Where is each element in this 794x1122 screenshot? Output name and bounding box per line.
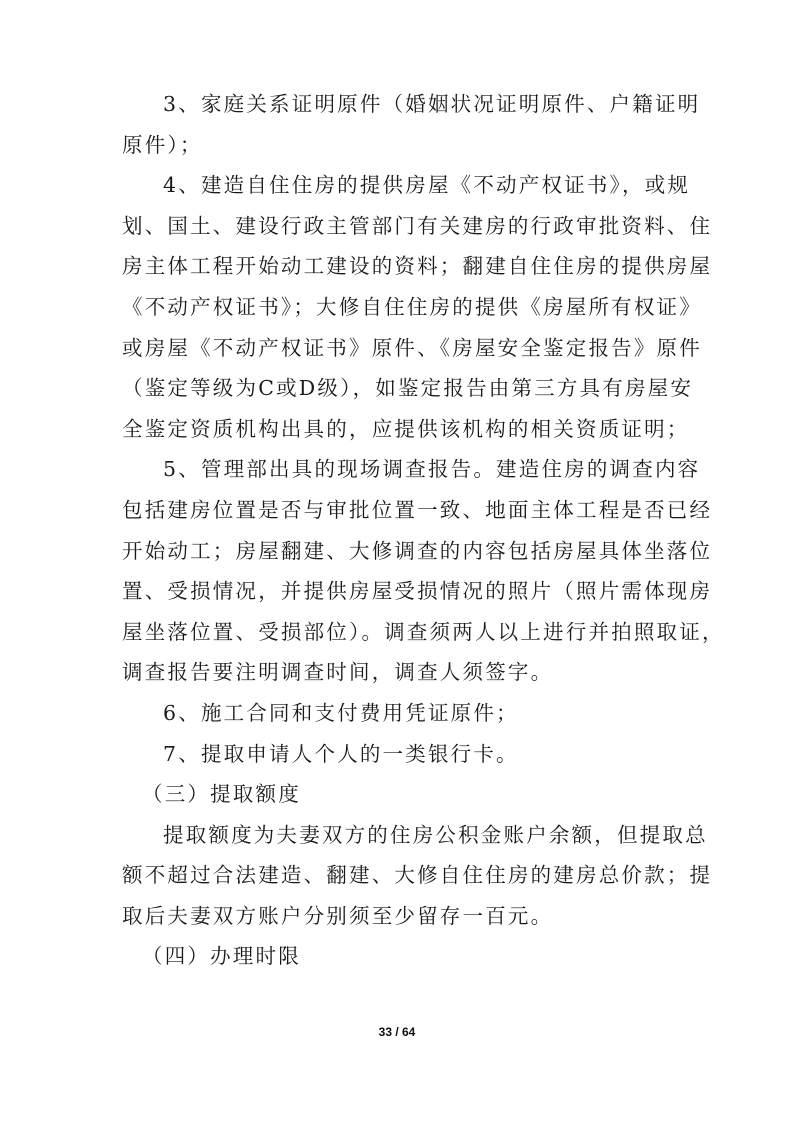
list-item-7: 7、提取申请人个人的一类银行卡。	[122, 734, 674, 775]
list-item-4-line-1: 4、建造自住住房的提供房屋《不动产权证书》，或规	[122, 165, 674, 206]
list-item-5-line-5: 屋坐落位置、受损部位）。调查须两人以上进行并拍照取证，	[122, 612, 674, 653]
list-item-5-line-2: 包括建房位置是否与审批位置一致、地面主体工程是否已经	[122, 490, 674, 531]
document-body: 3、家庭关系证明原件（婚姻状况证明原件、户籍证明 原件）； 4、建造自住住房的提…	[122, 84, 674, 977]
list-item-5-line-1: 5、管理部出具的现场调查报告。建造住房的调查内容	[122, 449, 674, 490]
list-item-4-line-4: 《不动产权证书》；大修自住住房的提供《房屋所有权证》	[122, 287, 674, 328]
paragraph-amount-line-3: 取后夫妻双方账户分别须至少留存一百元。	[122, 896, 674, 937]
list-item-4-line-2: 划、国土、建设行政主管部门有关建房的行政审批资料、住	[122, 206, 674, 247]
section-heading-withdrawal-amount: （三）提取额度	[122, 774, 674, 815]
list-item-4-line-3: 房主体工程开始动工建设的资料；翻建自住住房的提供房屋	[122, 246, 674, 287]
list-item-6: 6、施工合同和支付费用凭证原件；	[122, 693, 674, 734]
document-page: 3、家庭关系证明原件（婚姻状况证明原件、户籍证明 原件）； 4、建造自住住房的提…	[0, 0, 794, 1122]
list-item-3-line-1: 3、家庭关系证明原件（婚姻状况证明原件、户籍证明	[122, 84, 674, 125]
list-item-5-line-3: 开始动工；房屋翻建、大修调查的内容包括房屋具体坐落位	[122, 531, 674, 572]
list-item-4-line-7: 全鉴定资质机构出具的，应提供该机构的相关资质证明；	[122, 409, 674, 450]
list-item-3-line-2: 原件）；	[122, 125, 674, 166]
list-item-5-line-6: 调查报告要注明调查时间，调查人须签字。	[122, 652, 674, 693]
list-item-4-line-5: 或房屋《不动产权证书》原件、《房屋安全鉴定报告》原件	[122, 328, 674, 369]
section-heading-processing-time: （四）办理时限	[122, 936, 674, 977]
list-item-4-line-6: （鉴定等级为C或D级），如鉴定报告由第三方具有房屋安	[122, 368, 674, 409]
page-number: 33 / 64	[0, 1025, 794, 1039]
paragraph-amount-line-1: 提取额度为夫妻双方的住房公积金账户余额，但提取总	[122, 815, 674, 856]
paragraph-amount-line-2: 额不超过合法建造、翻建、大修自住住房的建房总价款；提	[122, 855, 674, 896]
list-item-5-line-4: 置、受损情况，并提供房屋受损情况的照片（照片需体现房	[122, 571, 674, 612]
